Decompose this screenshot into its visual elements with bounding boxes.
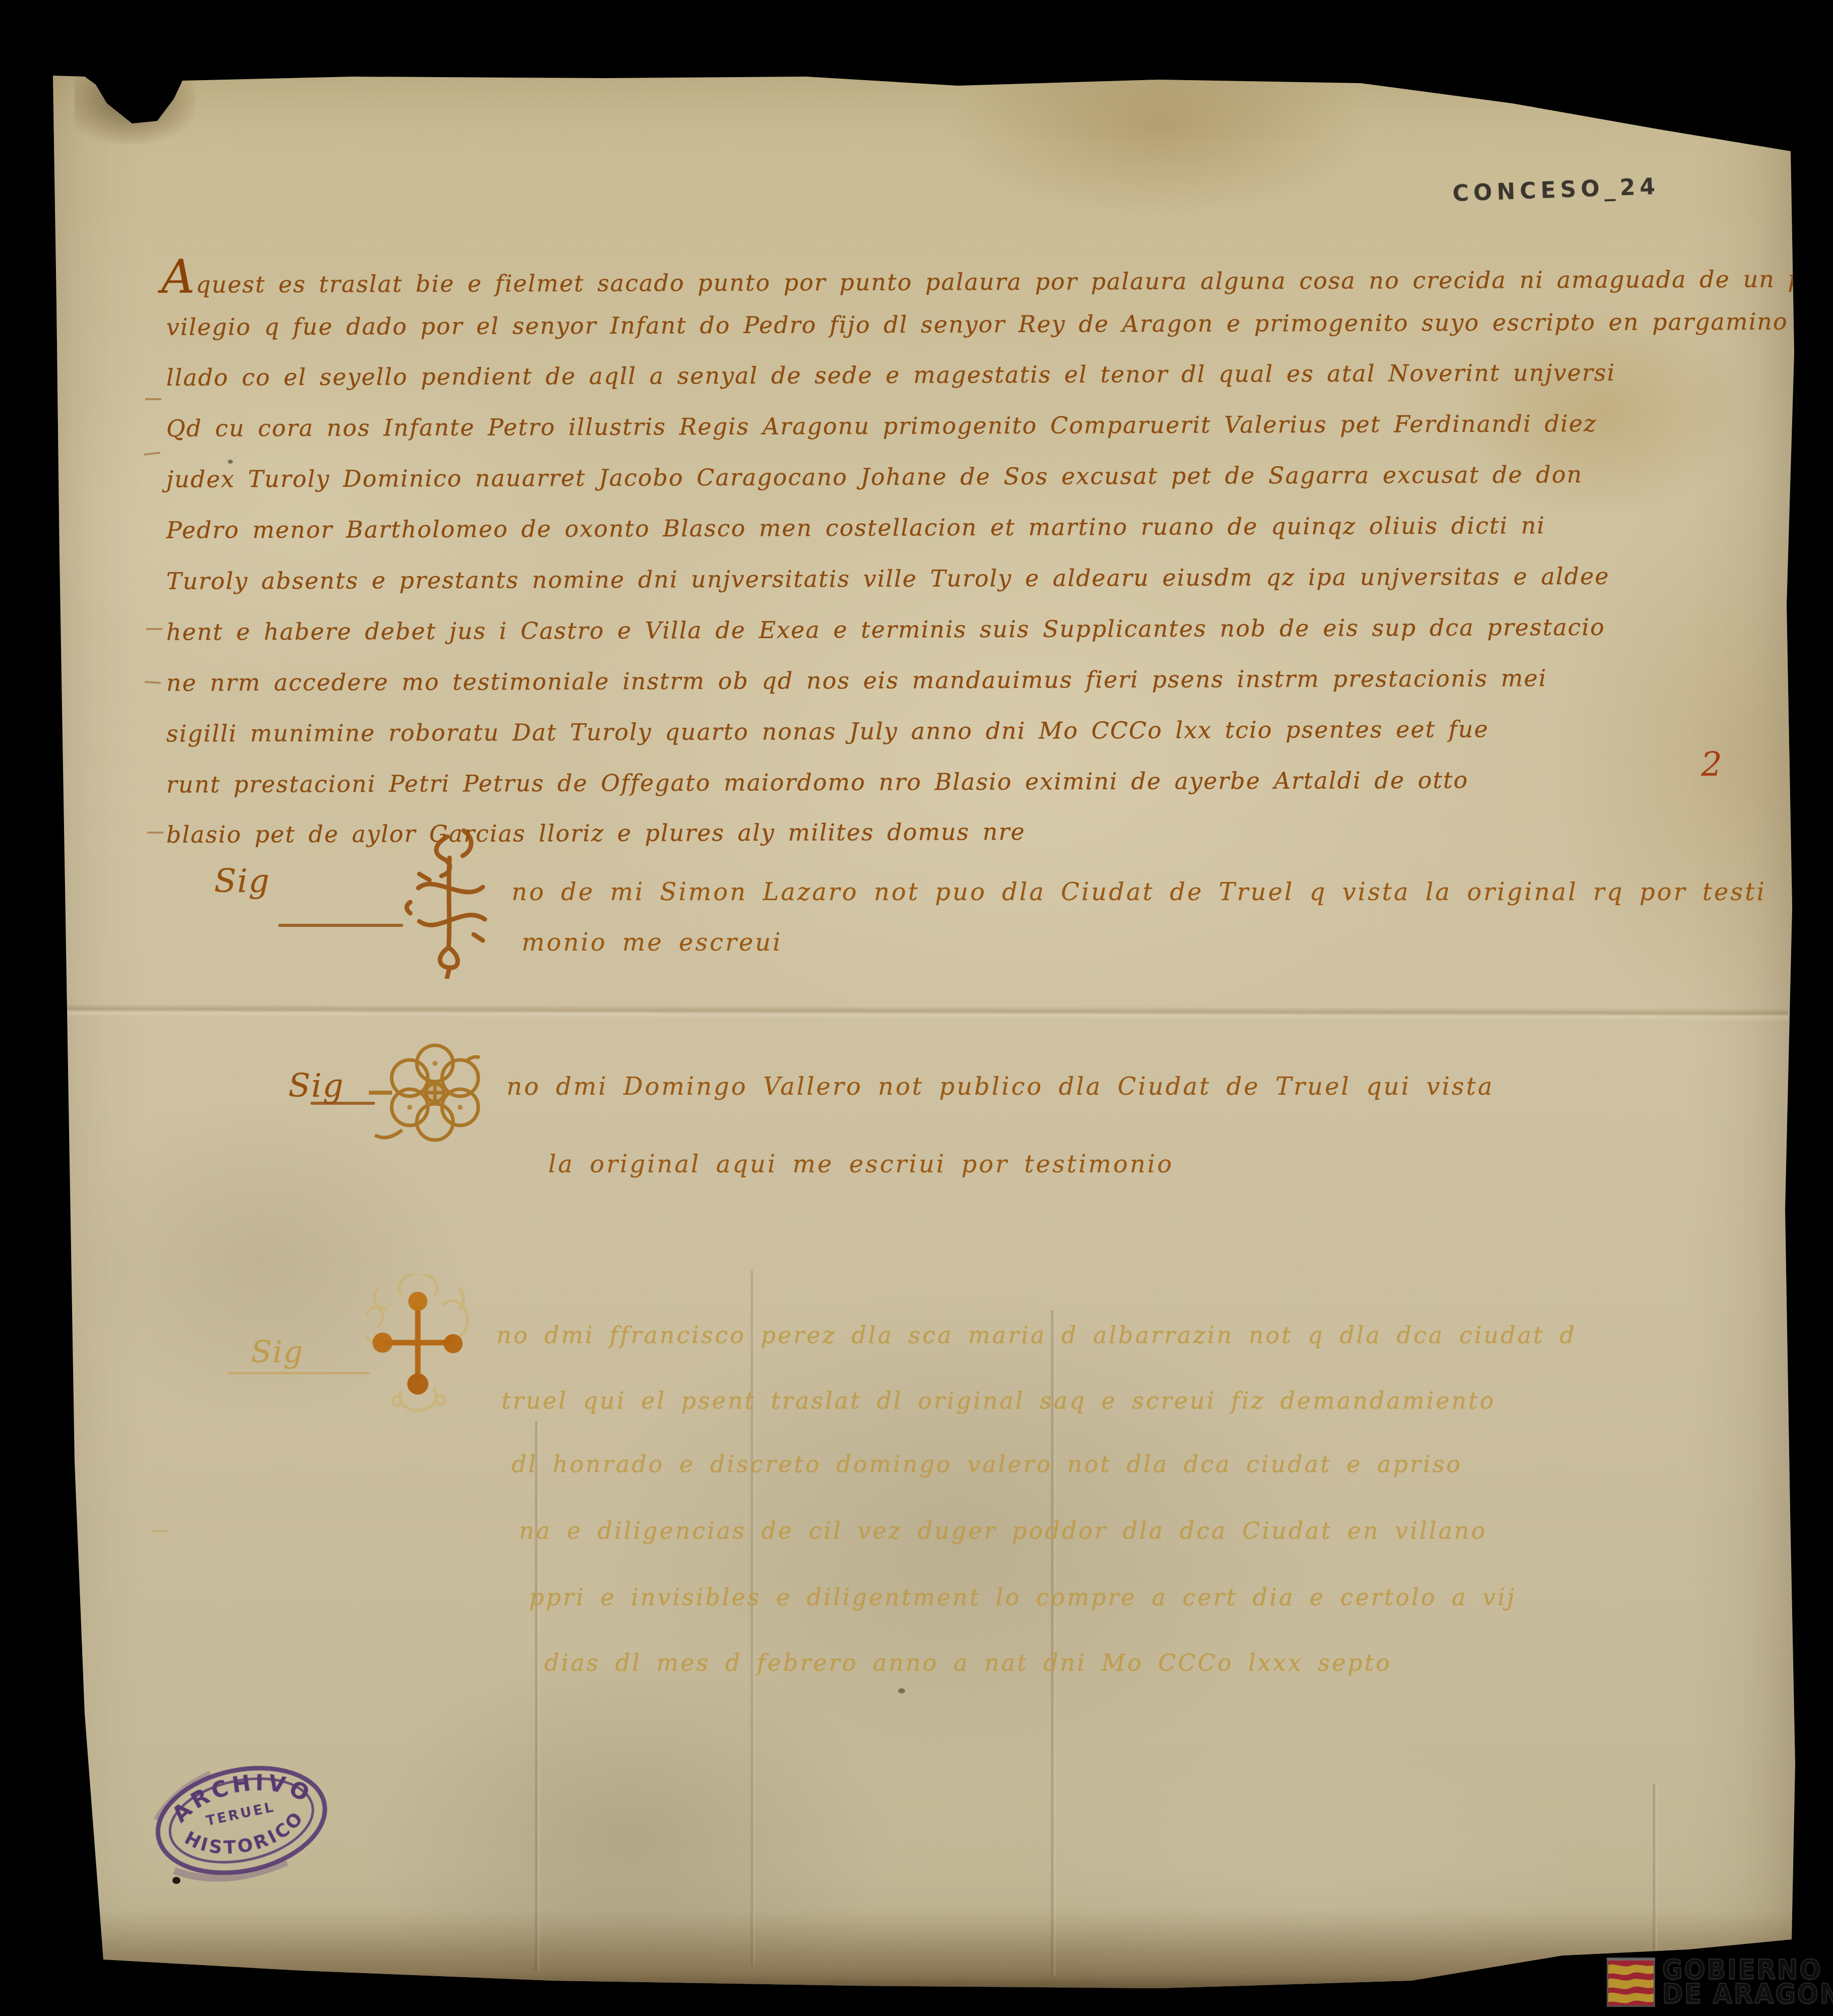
- vertical-crease: [1652, 1784, 1658, 1950]
- notary-subscription-line: na e diligencias de cil vez duger poddor…: [519, 1517, 1487, 1544]
- manuscript-line: Pedro menor Bartholomeo de oxonto Blasco…: [166, 512, 1545, 544]
- margin-stroke: [145, 681, 161, 684]
- photo-stage: Aquest es traslat bie e fielmet sacado p…: [0, 0, 1833, 2016]
- manuscript-line: hent e habere debet jus i Castro e Villa…: [166, 613, 1605, 646]
- archival-number: CONCESO_24: [1452, 174, 1660, 207]
- aragon-flag-icon: [1607, 1958, 1655, 2008]
- manuscript-line: judex Turoly Dominico nauarret Jacobo Ca…: [166, 461, 1583, 493]
- manuscript-line: runt prestacioni Petri Petrus de Offegat…: [166, 766, 1469, 798]
- notary-subscription-line: la original aqui me escriui por testimon…: [548, 1150, 1174, 1178]
- margin-stroke: [145, 398, 161, 400]
- archive-stamp-oval: ARCHIVO TERUEL HISTORICO: [139, 1739, 344, 1902]
- sig-dash: [228, 1372, 370, 1374]
- wordmark-line2: DE ARAGON: [1662, 1982, 1833, 2006]
- manuscript-line: ne nrm accedere mo testimoniale instrm o…: [166, 664, 1547, 697]
- notary-subscription-line: no dmi Domingo Vallero not publico dla C…: [507, 1073, 1494, 1101]
- notary-subscription-line: dias dl mes d febrero anno a nat dni Mo …: [544, 1649, 1392, 1676]
- manuscript-line: sigilli munimine roboratu Dat Turoly qua…: [166, 715, 1489, 747]
- archive-stamp: ARCHIVO TERUEL HISTORICO: [139, 1739, 344, 1902]
- parchment-sheet: Aquest es traslat bie e fielmet sacado p…: [0, 0, 1833, 2016]
- sig-dash: [310, 1102, 375, 1105]
- notarial-sign-cross-icon: [366, 1274, 472, 1420]
- margin-stroke: [144, 452, 160, 455]
- manuscript-line: vilegio q fue dado por el senyor Infant …: [166, 307, 1833, 341]
- notarial-sign-rosette-icon: [367, 1033, 503, 1154]
- bottom-edge-shadow: [53, 1910, 1797, 1991]
- vertical-crease: [750, 1270, 756, 1966]
- sig-word: Sig: [288, 1067, 344, 1105]
- manuscript-line: Qd cu cora nos Infante Petro illustris R…: [166, 410, 1597, 442]
- margin-stroke: [147, 832, 163, 834]
- notary-subscription-line: no de mi Simon Lazaro not puo dla Ciudat…: [512, 878, 1766, 906]
- notary-subscription-line: ppri e invisibles e diligentment lo comp…: [529, 1584, 1516, 1611]
- horizontal-fold-crease: [54, 1003, 1788, 1021]
- notary-subscription-line: truel qui el psent traslat dl original s…: [501, 1387, 1496, 1414]
- manuscript-line: blasio pet de aylor Garcias lloriz e plu…: [166, 818, 1026, 848]
- manuscript-line: Aquest es traslat bie e fielmet sacado p…: [161, 255, 1824, 298]
- notary-subscription-line: no dmi ffrancisco perez dla sca maria d …: [496, 1321, 1576, 1349]
- notarial-sign-knot-icon: [399, 828, 500, 979]
- manuscript-line: llado co el seyello pendient de aqll a s…: [166, 359, 1616, 391]
- gobierno-aragon-wordmark: GOBIERNO DE ARAGON: [1662, 1958, 1833, 2005]
- manuscript-line: Turoly absents e prestants nomine dni un…: [166, 562, 1610, 595]
- notary-subscription-line: monio me escreui: [522, 928, 783, 957]
- ink-speck: [898, 1688, 905, 1693]
- margin-stroke: [151, 1530, 167, 1532]
- vertical-crease: [534, 1421, 540, 1971]
- folio-number: 2: [1701, 745, 1722, 784]
- gobierno-aragon-logo: GOBIERNO DE ARAGON: [1607, 1958, 1833, 2008]
- sig-word: Sig: [251, 1335, 304, 1370]
- sig-word: Sig: [214, 863, 270, 900]
- ink-speck: [228, 460, 233, 464]
- hole-shadow: [75, 65, 196, 144]
- margin-stroke: [146, 628, 162, 630]
- sig-dash: [278, 924, 403, 927]
- notary-subscription-line: dl honrado e discreto domingo valero not…: [512, 1451, 1463, 1478]
